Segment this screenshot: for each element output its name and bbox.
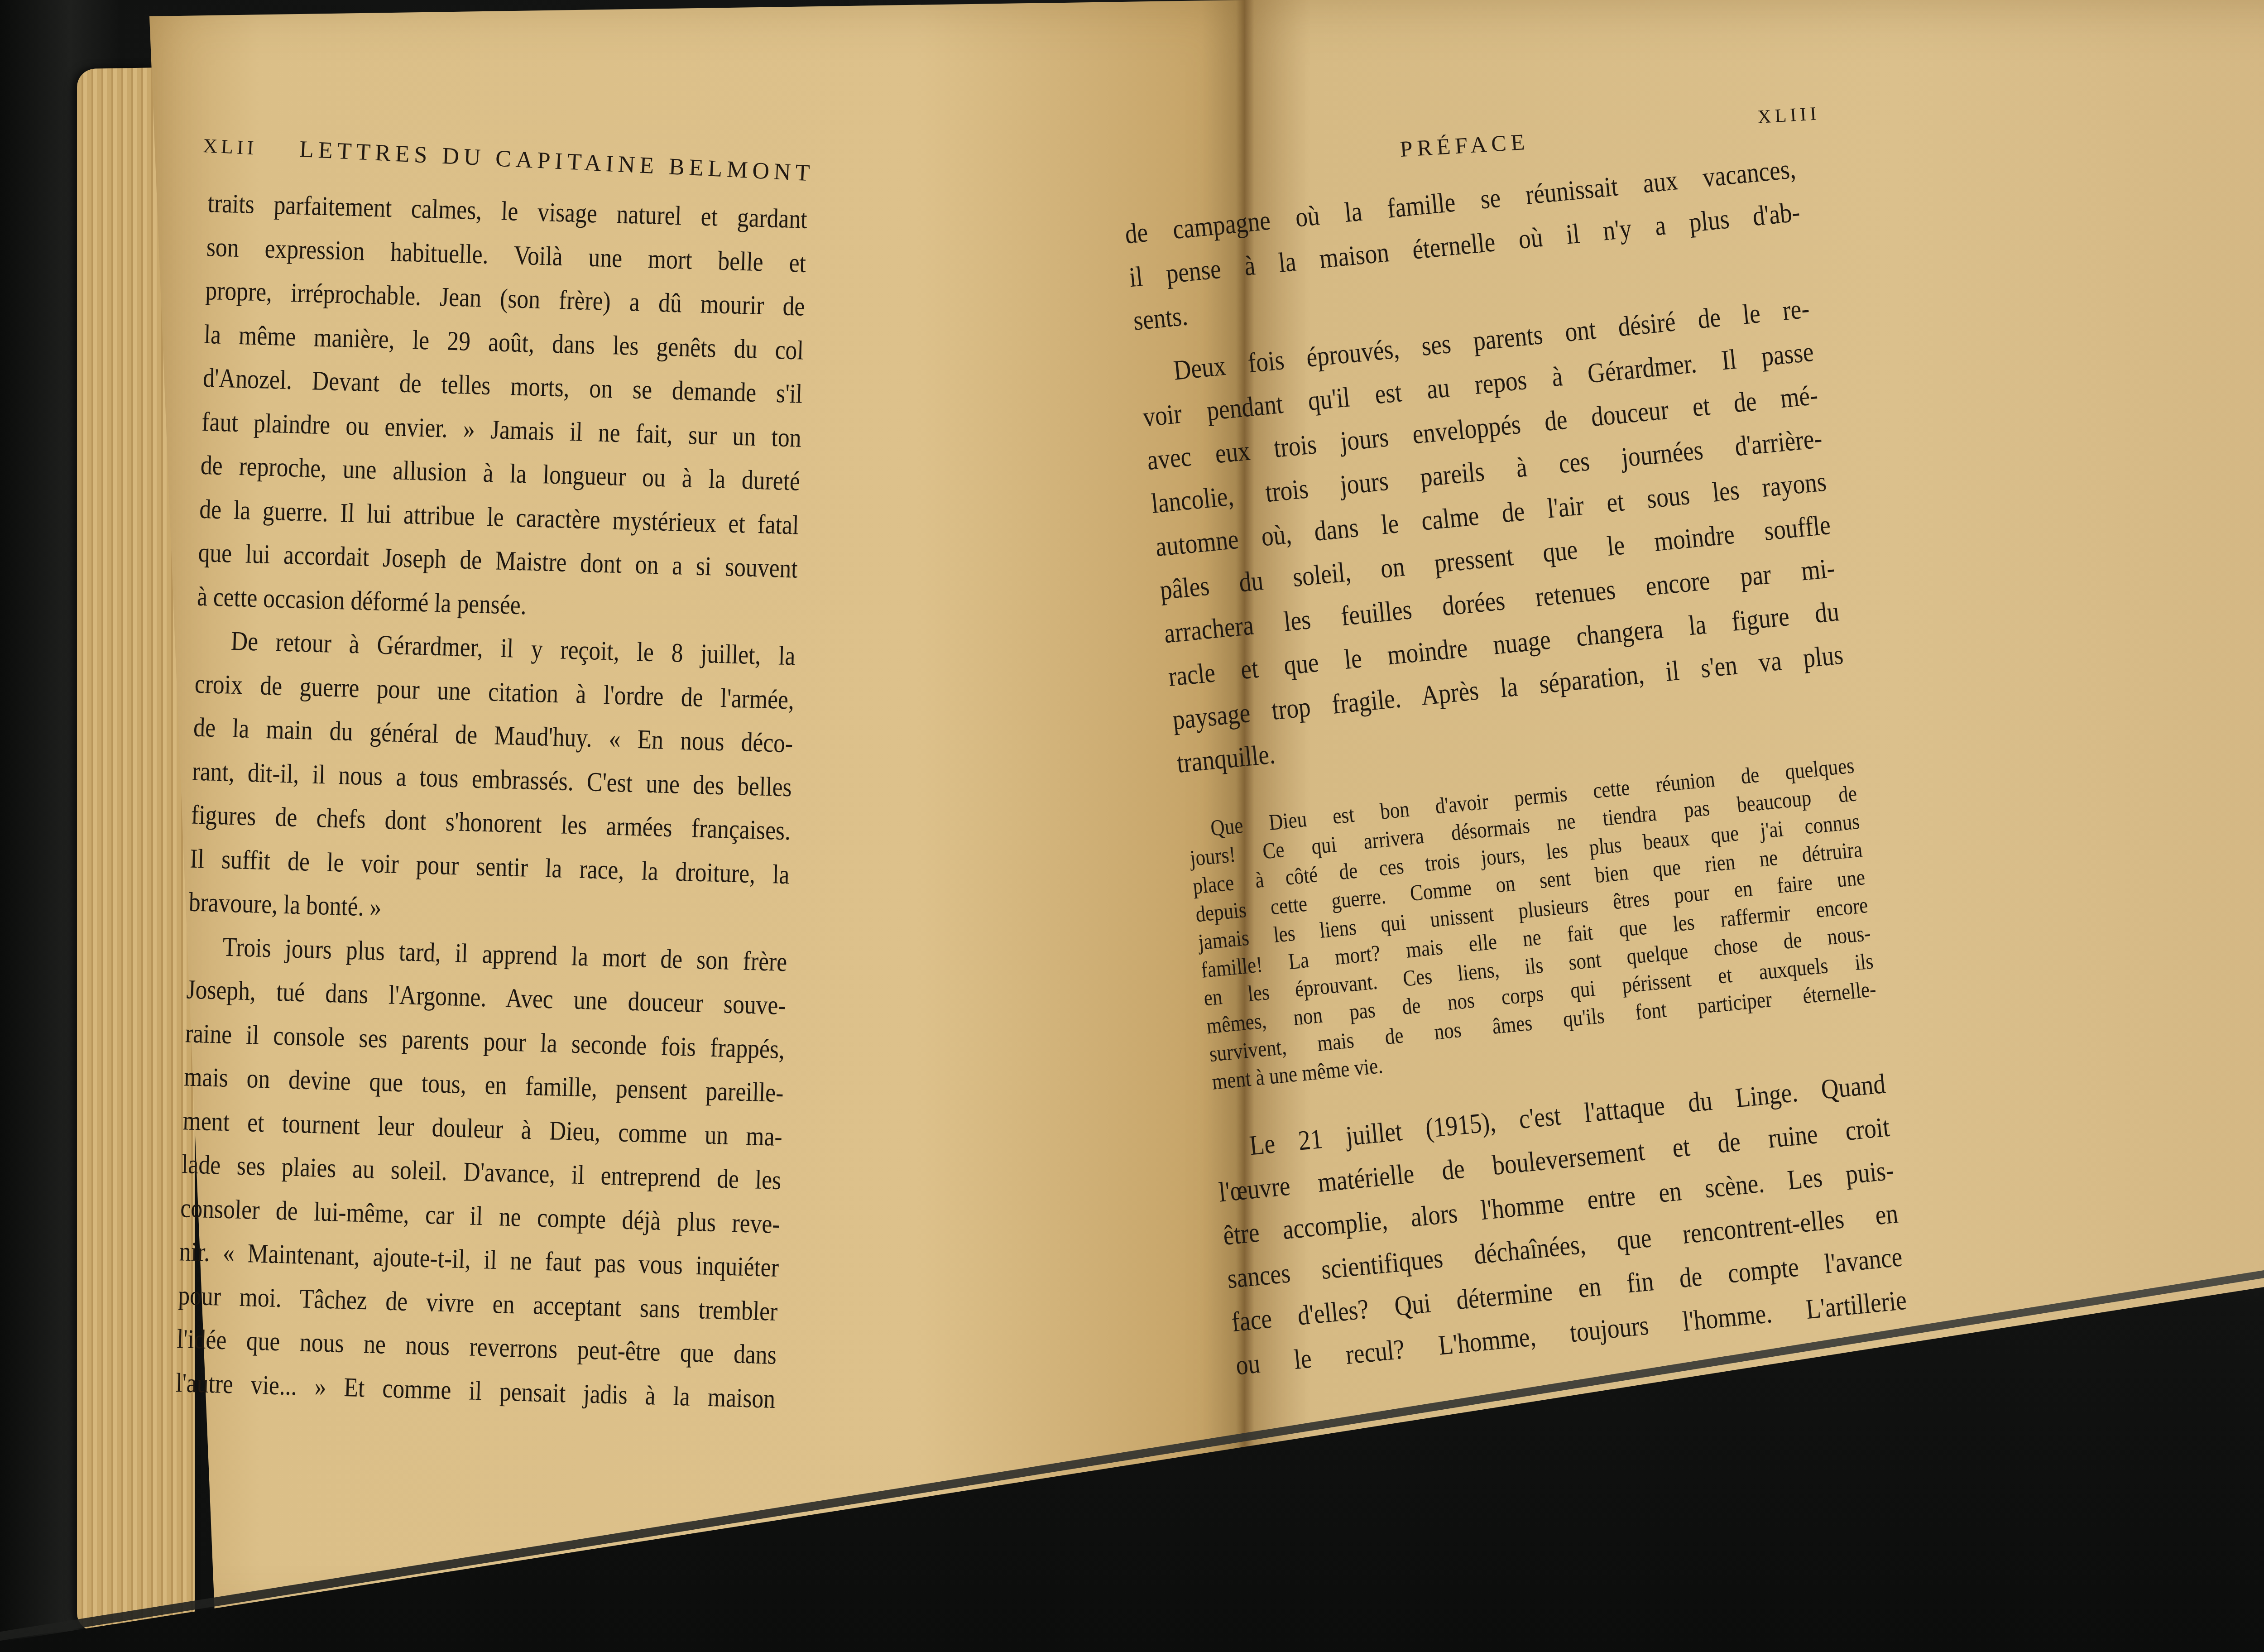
right-page-number: XLIII: [1757, 103, 1820, 128]
left-page-body: traits parfaitement calmes, le visage na…: [175, 181, 808, 1421]
right-page-body: de campagne où la famille se réunissait …: [1123, 147, 1909, 1388]
photo-scene: XLII LETTRES DU CAPITAINE BELMONT traits…: [0, 0, 2264, 1652]
paragraph-deux-fois: Deux fois éprouvés, ses parents ont dési…: [1137, 287, 1849, 785]
block-quote-letter: Que Dieu est bon d'avoir permis cette ré…: [1182, 751, 1880, 1096]
left-page-number: XLII: [202, 134, 258, 159]
